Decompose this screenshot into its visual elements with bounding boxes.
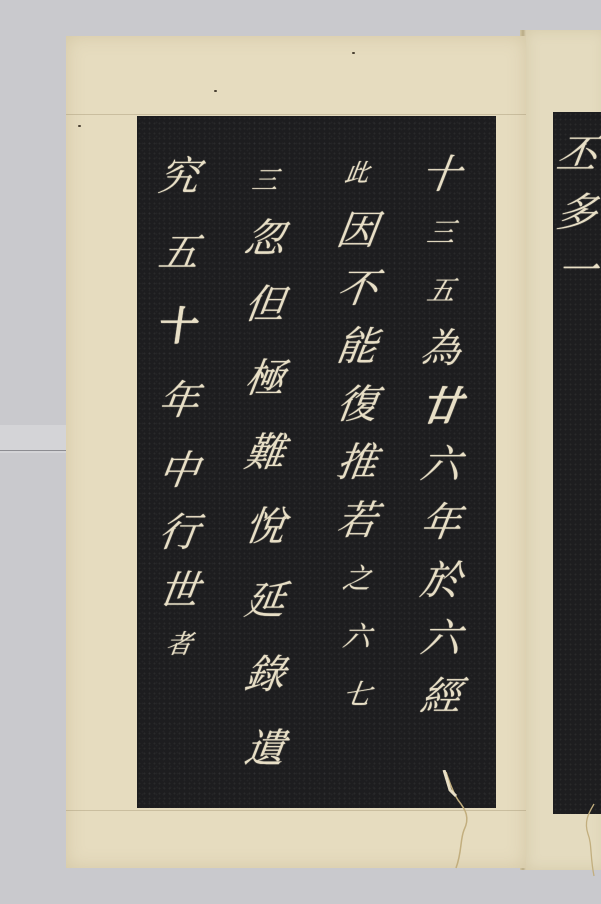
calligraphy-column-2: 此 因 不 能 復 推 若 之 六 七 (337, 144, 377, 724)
character: 世 (155, 562, 203, 620)
character: 復 (333, 376, 381, 434)
character: 三 (423, 204, 459, 262)
right-rubbing-panel: 丕 多 一 (553, 112, 601, 814)
character: 十 (417, 146, 465, 204)
paper-spot (78, 125, 81, 127)
character: 之 (339, 550, 375, 608)
character: 行 (155, 504, 203, 562)
character: 錄 (240, 638, 290, 712)
character: 六 (417, 610, 465, 668)
character: 年 (154, 364, 204, 438)
character: 若 (333, 492, 381, 550)
calligraphy-column-4: 究 五 十 年 中 行 世 者 (159, 138, 199, 670)
character: 六 (417, 436, 465, 494)
character: 年 (417, 494, 465, 552)
character: 一 (553, 242, 601, 300)
character: 極 (240, 342, 290, 416)
background-line (0, 450, 70, 451)
character: 推 (333, 434, 381, 492)
right-page-column: 丕 多 一 (557, 126, 597, 300)
character: 三 (248, 152, 282, 210)
character: 能 (333, 318, 381, 376)
character: 此 (341, 144, 373, 202)
paper-spot (214, 90, 217, 92)
character: 十 (154, 290, 204, 364)
paper-crack (440, 770, 480, 870)
paper-crack (580, 800, 600, 880)
character: 但 (240, 268, 290, 342)
character: 延 (240, 564, 290, 638)
character: 多 (553, 184, 601, 242)
character: 因 (333, 202, 381, 260)
character: 忽 (241, 210, 289, 268)
character: 難 (240, 416, 290, 490)
character: 不 (333, 260, 381, 318)
character: 廿 (417, 378, 465, 436)
calligraphy-column-3: 三 忽 但 極 難 悅 延 錄 遺 (245, 152, 285, 786)
character: 為 (417, 320, 465, 378)
background-band (0, 425, 70, 453)
rubbing-panel: 十 三 五 為 廿 六 年 於 六 經 此 因 不 能 復 推 若 之 六 七 … (137, 116, 496, 808)
character: 七 (339, 666, 375, 724)
character: 五 (154, 216, 204, 290)
character: 經 (417, 668, 465, 726)
character: 中 (154, 438, 203, 504)
character: 遺 (240, 712, 290, 786)
character: 究 (154, 138, 205, 216)
character: 六 (339, 608, 375, 666)
character: 悅 (240, 490, 290, 564)
character: 者 (162, 620, 195, 670)
calligraphy-column-1: 十 三 五 為 廿 六 年 於 六 經 (421, 146, 461, 726)
paper-spot (352, 52, 355, 54)
character: 丕 (553, 126, 601, 184)
character: 五 (423, 262, 459, 320)
margin-line-top (66, 114, 526, 115)
character: 於 (417, 552, 465, 610)
